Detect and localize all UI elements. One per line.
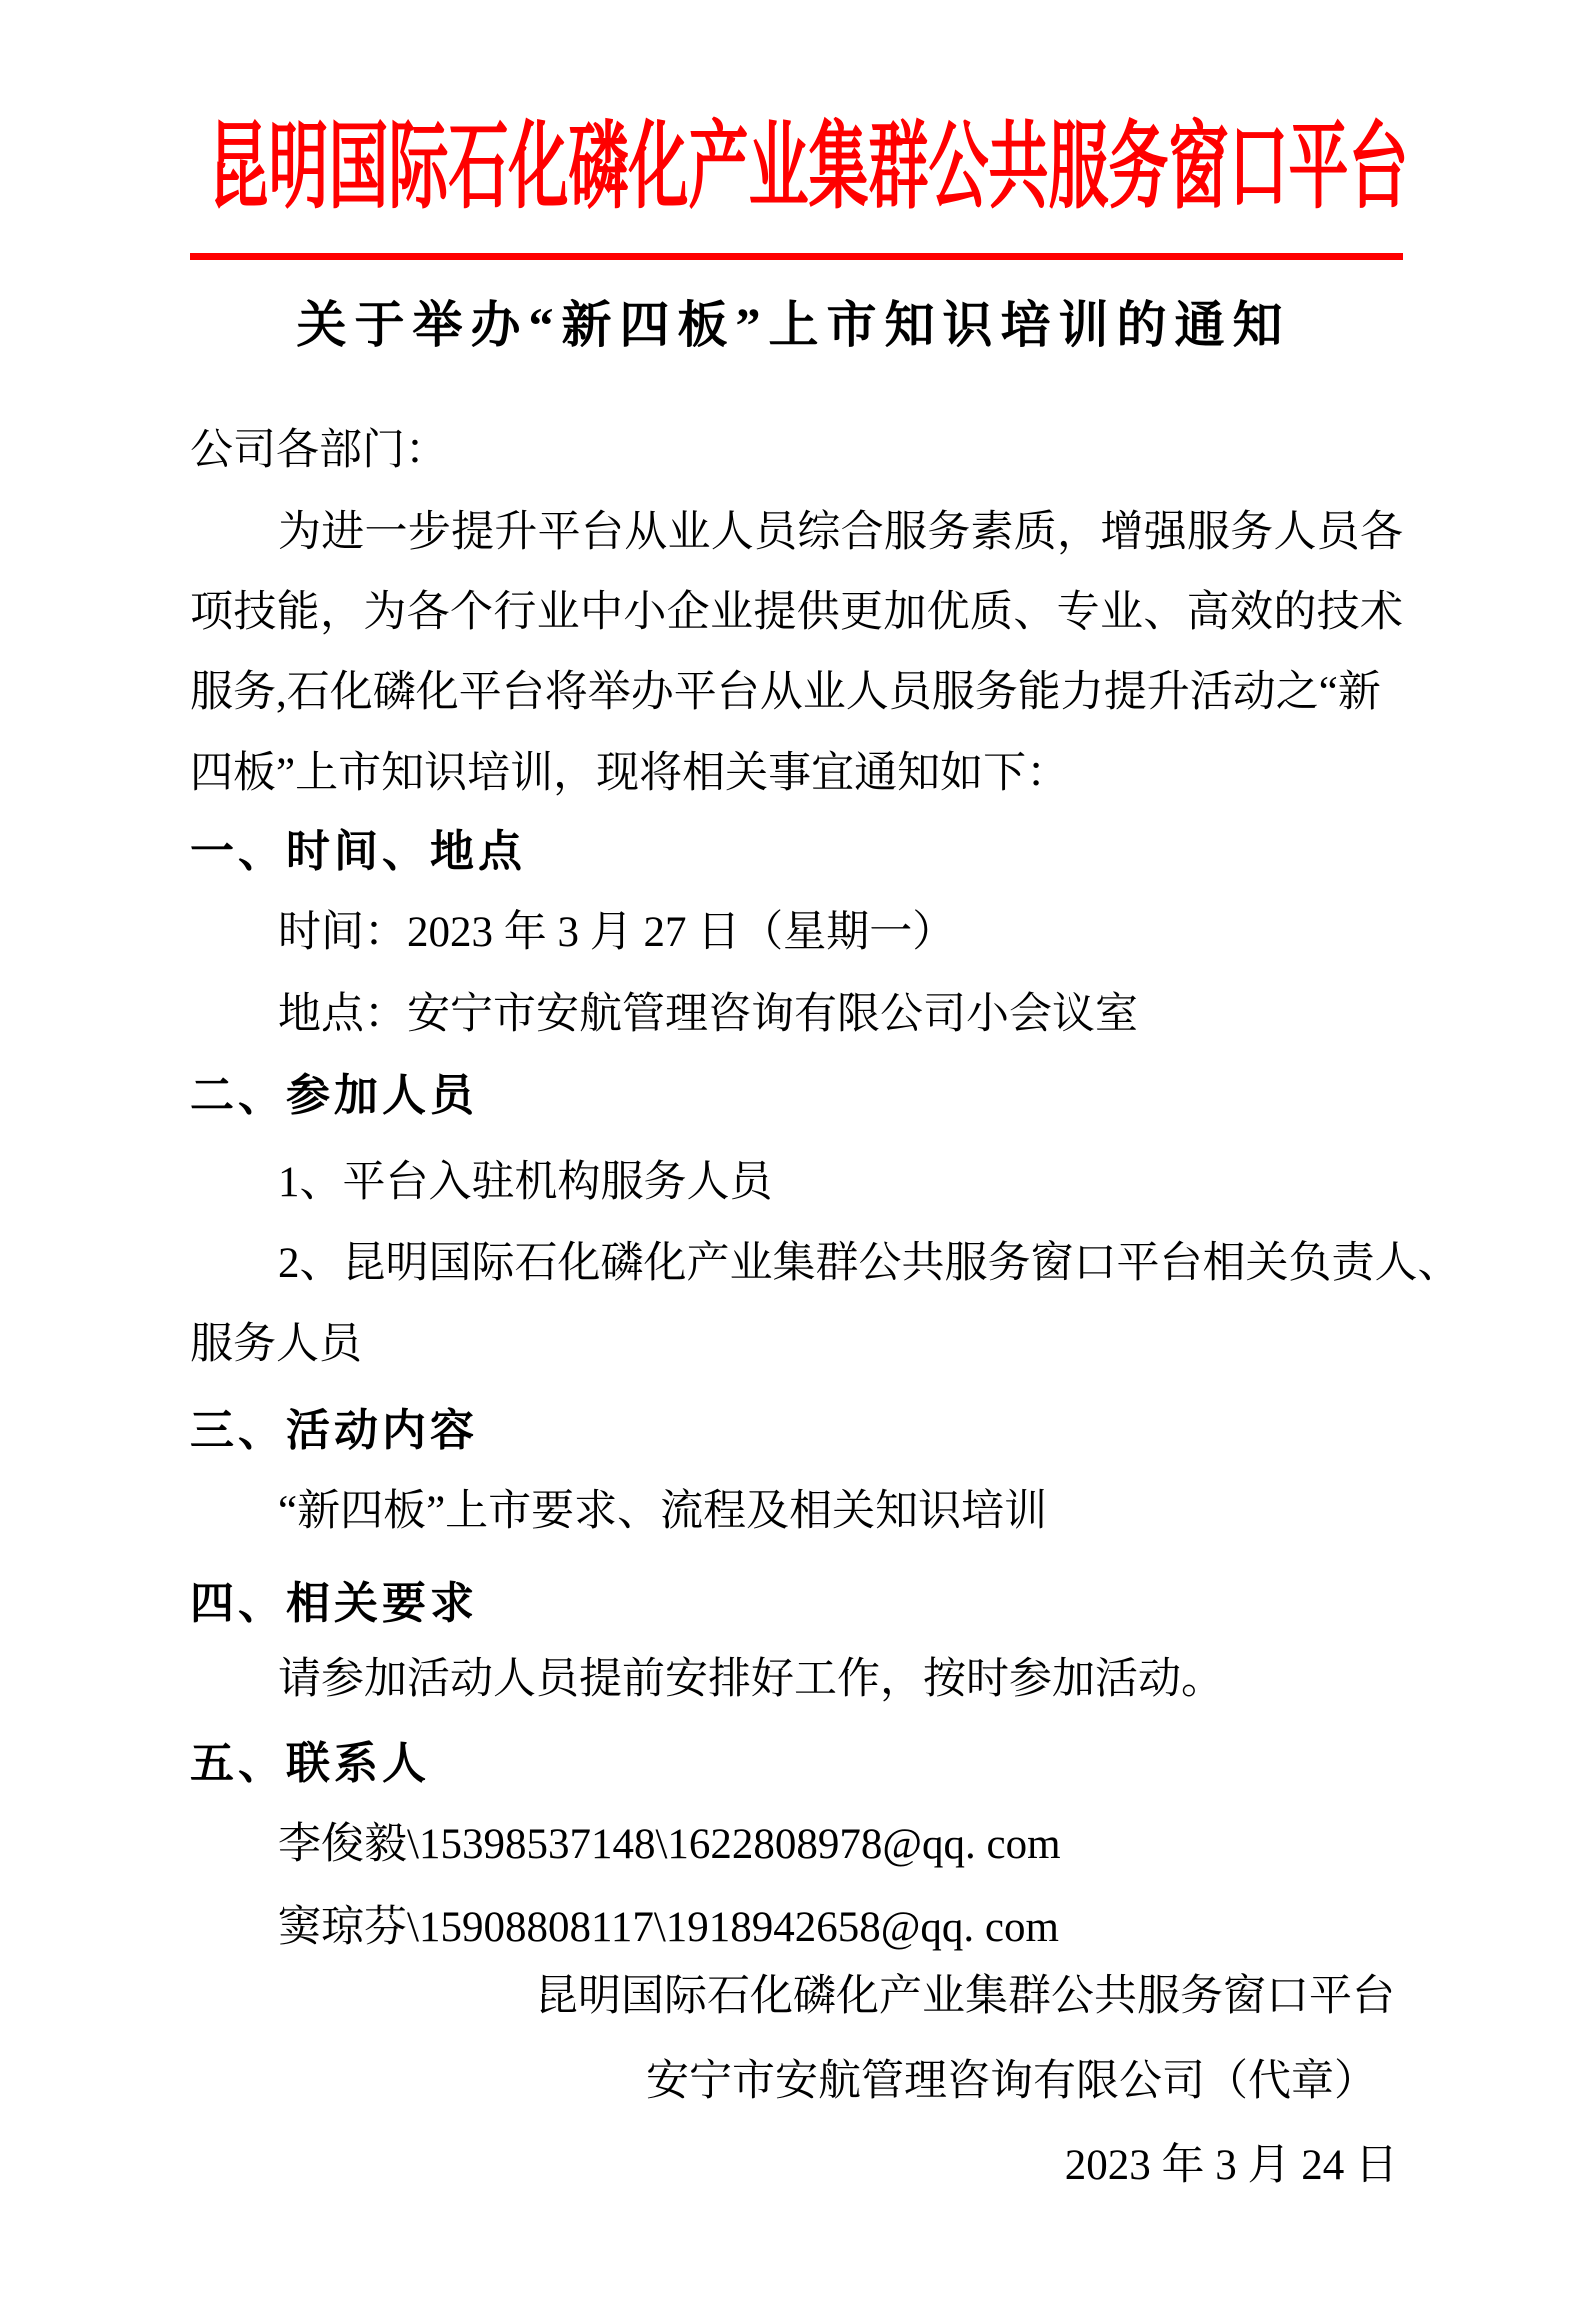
section-item: 地点：安宁市安航管理咨询有限公司小会议室 xyxy=(190,990,1403,1040)
contact-line-1: 李俊毅\15398537148\1622808978@qq. com xyxy=(190,1820,1403,1870)
red-divider xyxy=(190,253,1403,260)
section-heading-2: 二、参加人员 xyxy=(190,1071,1403,1121)
intro-line-2: 项技能，为各个行业中小企业提供更加优质、专业、高效的技术 xyxy=(190,588,1403,638)
section-item: 1、平台入驻机构服务人员 xyxy=(190,1158,1403,1208)
section-item: 时间：2023 年 3 月 27 日（星期一） xyxy=(190,908,1403,958)
section-heading-3: 三、活动内容 xyxy=(190,1406,1403,1456)
section-item: 请参加活动人员提前安排好工作，按时参加活动。 xyxy=(190,1655,1403,1705)
doc-title: 关于举办“新四板”上市知识培训的通知 xyxy=(0,297,1587,353)
intro-line-1: 为进一步提升平台从业人员综合服务素质，增强服务人员各 xyxy=(190,508,1403,558)
contact-line-2: 窦琼芬\15908808117\1918942658@qq. com xyxy=(190,1903,1403,1953)
section-item: 服务人员 xyxy=(190,1320,1403,1370)
section-heading-1: 一、时间、地点 xyxy=(190,827,1403,877)
section-heading-4: 四、相关要求 xyxy=(190,1579,1403,1629)
section-item: 2、昆明国际石化磷化产业集群公共服务窗口平台相关负责人、 xyxy=(190,1239,1403,1289)
document-page: 昆明国际石化磷化产业集群公共服务窗口平台 关于举办“新四板”上市知识培训的通知 … xyxy=(0,0,1587,2314)
section-item: “新四板”上市要求、流程及相关知识培训 xyxy=(190,1487,1403,1537)
intro-line-3: 服务,石化磷化平台将举办平台从业人员服务能力提升活动之“新 xyxy=(190,668,1403,718)
signature-org-line-1: 昆明国际石化磷化产业集群公共服务窗口平台 xyxy=(535,1972,1395,2022)
signature-org-line-2: 安宁市安航管理咨询有限公司（代章） xyxy=(646,2057,1377,2107)
salutation-line: 公司各部门： xyxy=(190,426,1403,476)
signature-date-line: 2023 年 3 月 24 日 xyxy=(1065,2141,1398,2191)
intro-line-4: 四板”上市知识培训，现将相关事宜通知如下： xyxy=(190,749,1403,799)
masthead-title: 昆明国际石化磷化产业集群公共服务窗口平台 xyxy=(15,120,1587,215)
section-heading-5: 五、联系人 xyxy=(190,1739,1403,1789)
